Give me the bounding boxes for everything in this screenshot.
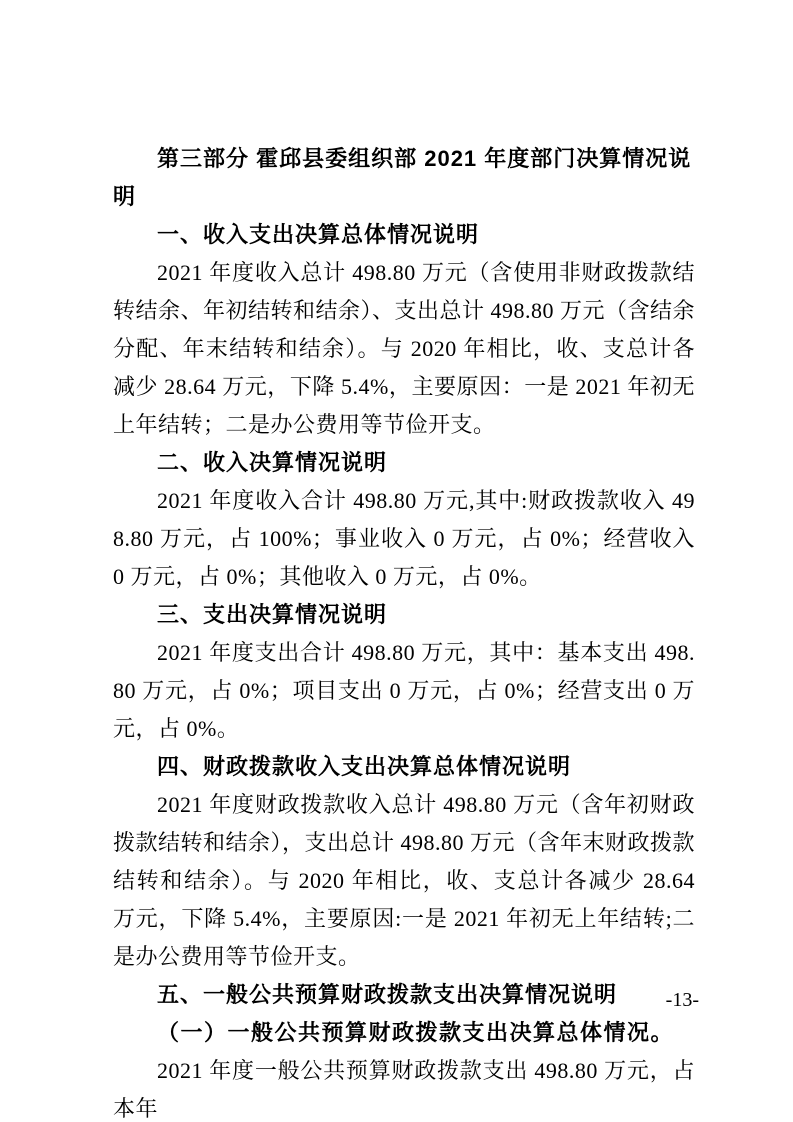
document-content: 第三部分 霍邱县委组织部 2021 年度部门决算情况说明 一、收入支出决算总体情… — [113, 140, 695, 1122]
document-page: 第三部分 霍邱县委组织部 2021 年度部门决算情况说明 一、收入支出决算总体情… — [0, 0, 793, 1122]
heading-income: 二、收入决算情况说明 — [113, 444, 695, 482]
heading-income-expenditure: 一、收入支出决算总体情况说明 — [113, 216, 695, 254]
heading-public-budget: 五、一般公共预算财政拨款支出决算情况说明 — [113, 976, 695, 1014]
paragraph-fiscal-detail: 2021 年度财政拨款收入总计 498.80 万元（含年初财政拨款结转和结余），… — [113, 786, 695, 976]
heading-expenditure: 三、支出决算情况说明 — [113, 596, 695, 634]
subheading-public-budget: （一）一般公共预算财政拨款支出决算总体情况。 — [113, 1014, 695, 1052]
paragraph-public-budget: 2021 年度一般公共预算财政拨款支出 498.80 万元，占本年 — [113, 1052, 695, 1122]
heading-fiscal-allocation: 四、财政拨款收入支出决算总体情况说明 — [113, 748, 695, 786]
section-title: 第三部分 霍邱县委组织部 2021 年度部门决算情况说明 — [113, 140, 695, 216]
paragraph-expenditure-detail: 2021 年度支出合计 498.80 万元，其中：基本支出 498.80 万元，… — [113, 634, 695, 748]
paragraph-income-detail: 2021 年度收入合计 498.80 万元,其中:财政拨款收入 498.80 万… — [113, 482, 695, 596]
page-number: -13- — [666, 988, 699, 1012]
paragraph-total-overview: 2021 年度收入总计 498.80 万元（含使用非财政拨款结转结余、年初结转和… — [113, 254, 695, 444]
